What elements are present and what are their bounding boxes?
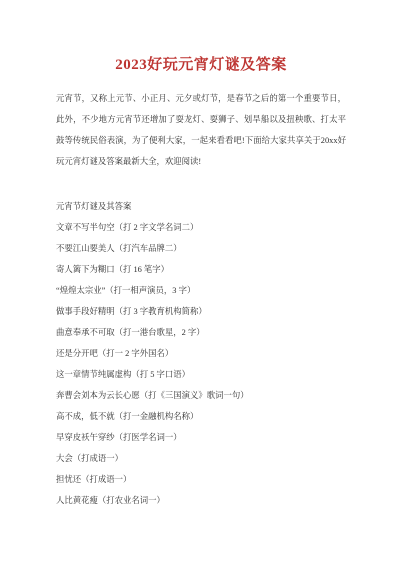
riddle-item: 不要江山要美人（打汽车品牌二） xyxy=(56,238,346,259)
riddle-item: 高不成，低不就（打一金融机构名称） xyxy=(56,406,346,427)
riddle-item: 大会（打成语一） xyxy=(56,448,346,469)
riddle-list: 文章不写半句空（打 2 字文学名词二） 不要江山要美人（打汽车品牌二） 寄人篱下… xyxy=(56,217,346,511)
riddle-item: “煌煌太宗业”（打一相声演员，3 字） xyxy=(56,280,346,301)
riddle-item: 文章不写半句空（打 2 字文学名词二） xyxy=(56,217,346,238)
riddle-item: 担忧还（打成语一） xyxy=(56,469,346,490)
section-heading: 元宵节灯谜及其答案 xyxy=(56,196,346,217)
riddle-item: 曲意奉承不可取（打一港台歌星，2 字） xyxy=(56,322,346,343)
riddle-item: 这一章情节纯属虚构（打 5 字口语） xyxy=(56,364,346,385)
riddle-item: 寄人篱下为糊口（打 16 笔字） xyxy=(56,259,346,280)
riddle-item: 人比黄花瘦（打农业名词一） xyxy=(56,490,346,511)
riddle-item: 奔曹会刘本为云长心愿（打《三国演义》歌词一句） xyxy=(56,385,346,406)
intro-paragraph: 元宵节，又称上元节、小正月、元夕或灯节，是春节之后的第一个重要节日，此外，不少地… xyxy=(56,88,346,172)
riddle-item: 早穿皮袄午穿纱（打医学名词一） xyxy=(56,427,346,448)
riddle-item: 做事手段好精明（打 3 字教育机构简称） xyxy=(56,301,346,322)
document-page: 2023好玩元宵灯谜及答案 元宵节，又称上元节、小正月、元夕或灯节，是春节之后的… xyxy=(0,0,400,565)
page-title: 2023好玩元宵灯谜及答案 xyxy=(56,55,346,75)
riddle-item: 还是分开吧（打一 2 字外国名） xyxy=(56,343,346,364)
